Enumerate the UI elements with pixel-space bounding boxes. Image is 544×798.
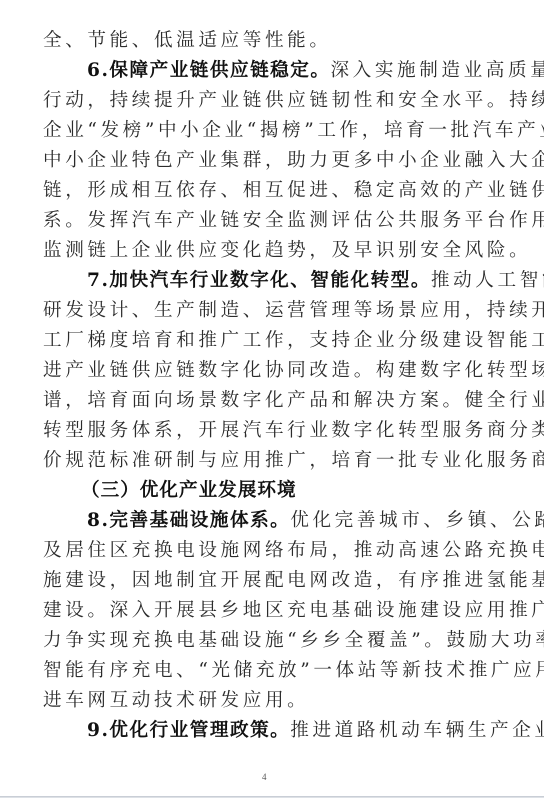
- text-line: 行动，持续提升产业链供应链韧性和安全水平。持续开展大: [43, 86, 489, 116]
- paragraph-text: 推动人工智能在: [431, 270, 544, 291]
- text-line: 监测链上企业供应变化趋势，及早识别安全风险。: [43, 236, 489, 266]
- paragraph-title: 6.保障产业链供应链稳定。: [87, 60, 330, 81]
- text-line: 工厂梯度培育和推广工作，支持企业分级建设智能工厂，推: [43, 326, 489, 356]
- text-line: 谱，培育面向场景数字化产品和解决方案。健全行业数字化: [43, 386, 489, 416]
- section-heading: （三）优化产业发展环境: [43, 476, 489, 506]
- text-line: 链，形成相互依存、相互促进、稳定高效的产业链供应链体: [43, 176, 489, 206]
- text-line: 智能有序充电、“光储充放”一体站等新技术推广应用，推: [43, 656, 489, 686]
- text-line: 建设。深入开展县乡地区充电基础设施建设应用推广活动，: [43, 596, 489, 626]
- text-line: 转型服务体系，开展汽车行业数字化转型服务商分类分级评: [43, 416, 489, 446]
- paragraph-title: 9.优化行业管理政策。: [87, 720, 290, 741]
- text-line: 价规范标准研制与应用推广，培育一批专业化服务商。: [43, 446, 489, 476]
- text-line: 全、节能、低温适应等性能。: [43, 26, 489, 56]
- paragraph-title: 7.加快汽车行业数字化、智能化转型。: [87, 270, 431, 291]
- paragraph-7: 7.加快汽车行业数字化、智能化转型。推动人工智能在: [43, 266, 489, 296]
- text-line: 力争实现充换电基础设施“乡乡全覆盖”。鼓励大功率充电、: [43, 626, 489, 656]
- paragraph-text: 深入实施制造业高质量发展: [330, 60, 544, 81]
- text-line: 中小企业特色产业集群，助力更多中小企业融入大企业供应: [43, 146, 489, 176]
- paragraph-6: 6.保障产业链供应链稳定。深入实施制造业高质量发展: [43, 56, 489, 86]
- text-line: 进产业链供应链数字化协同改造。构建数字化转型场景图: [43, 356, 489, 386]
- page-number: 4: [262, 772, 267, 782]
- paragraph-title: 8.完善基础设施体系。: [87, 510, 290, 531]
- paragraph-text: 优化完善城市、乡镇、公路沿线: [290, 510, 544, 531]
- text-line: 进车网互动技术研发应用。: [43, 686, 489, 716]
- paragraph-8: 8.完善基础设施体系。优化完善城市、乡镇、公路沿线: [43, 506, 489, 536]
- document-page: 全、节能、低温适应等性能。 6.保障产业链供应链稳定。深入实施制造业高质量发展 …: [0, 0, 544, 796]
- paragraph-9: 9.优化行业管理政策。推进道路机动车辆生产企业和产: [43, 716, 489, 746]
- document-body: 全、节能、低温适应等性能。 6.保障产业链供应链稳定。深入实施制造业高质量发展 …: [43, 26, 489, 746]
- text-line: 施建设，因地制宜开展配电网改造，有序推进氢能基础设施: [43, 566, 489, 596]
- text-line: 及居住区充换电设施网络布局，推动高速公路充换电基础设: [43, 536, 489, 566]
- paragraph-text: 推进道路机动车辆生产企业和产: [290, 720, 544, 741]
- text-line: 系。发挥汽车产业链安全监测评估公共服务平台作用，动态: [43, 206, 489, 236]
- text-line: 研发设计、生产制造、运营管理等场景应用，持续开展智能: [43, 296, 489, 326]
- text-line: 企业“发榜”中小企业“揭榜”工作，培育一批汽车产业链: [43, 116, 489, 146]
